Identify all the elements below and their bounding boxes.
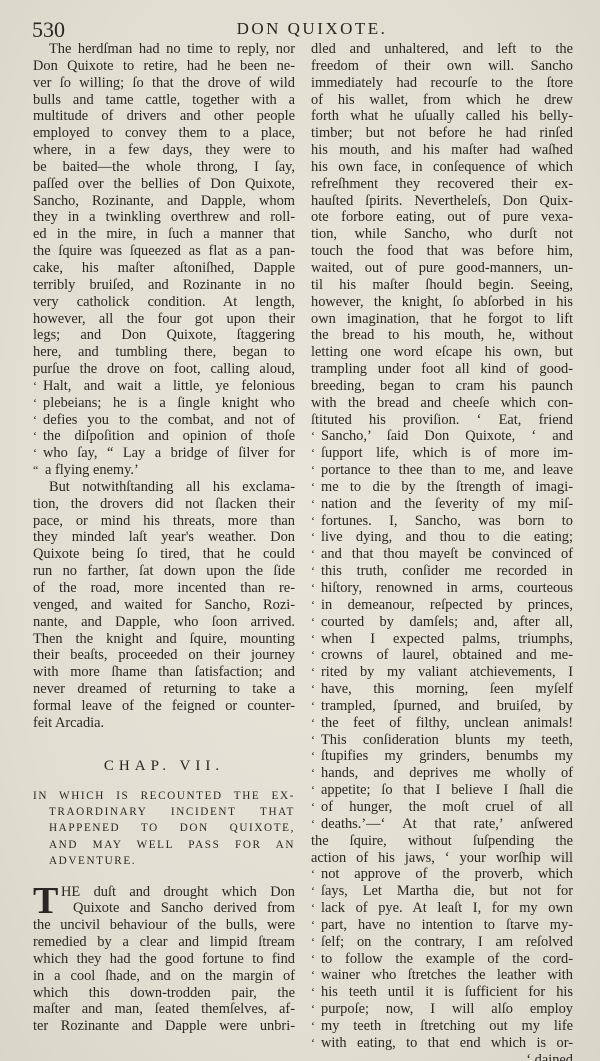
text-line: dled and unhaltered, and left to the [311,41,573,58]
quoted-line: live dying, and thou to die eating; [311,529,573,546]
quoted-line: me to die by the ſtrength of imagi- [311,479,573,496]
text-line: feit Arcadia. [33,715,295,732]
text-line: Sancho, Rozinante, and Dapple, whom [33,193,295,210]
text-line: pace, or mind his threats, more than [33,513,295,530]
text-line: terribly bruiſed, and Rozinante in no [33,277,295,294]
quoted-line: who ſay, “ Lay a bridge of ſilver for [33,445,295,462]
quoted-line: in demeanour, reſpected by princes, [311,597,573,614]
text-line: here, and tumbling there, began to [33,344,295,361]
drop-cap: T [33,885,58,917]
text-line: But notwithſtanding all his exclama- [33,479,295,496]
text-line: trampling under foot all kind of good- [311,361,573,378]
text-line: with more ſhame than ſatisfaction; and [33,664,295,681]
text-line: Quixote being ſo tired, that he could [33,546,295,563]
text-line: breeding, began to cram his paunch [311,378,573,395]
text-line: The herdſman had no time to reply, nor [33,41,295,58]
quoted-line: of hunger, the moſt cruel of all [311,799,573,816]
text-line: multitude of drivers and other people [33,108,295,125]
book-page: 530 DON QUIXOTE. The herdſman had no tim… [0,0,600,1061]
text-line: the bread to his mouth, he, without [311,327,573,344]
right-column: dled and unhaltered, and left to the fre… [311,41,573,1061]
quoted-line: deaths.’—‘ At that rate,’ anſwered [311,816,573,833]
quoted-line: plebeians; he is a ſingle knight who [33,395,295,412]
text-line: of the road, more incented than re- [33,580,295,597]
catchword: ‘ dained [311,1052,573,1061]
text-line: the ſquire was ſqueezed as flat as a pan… [33,243,295,260]
chapter-heading: CHAP. VII. [33,758,295,776]
summary-line: HAPPENED TO DON QUIXOTE, [33,820,295,836]
quoted-line: hiſtory, renowned in arms, courteous [311,580,573,597]
text-line: paſſed over the bellies of Don Quixote, [33,176,295,193]
quoted-line: a flying enemy.’ [33,462,295,479]
summary-line: ADVENTURE. [33,853,295,869]
quoted-line: ſays, Let Martha die, but not for [311,883,573,900]
left-column: The herdſman had no time to reply, nor D… [33,41,295,1035]
text-line: bulls and tame cattle, together with a [33,92,295,109]
quoted-line: Halt, and wait a little, ye felonious [33,378,295,395]
text-line: they minded laſt year's weather. Don [33,529,295,546]
summary-line: IN WHICH IS RECOUNTED THE EX- [33,788,295,804]
text-line: however, all the four got upon their [33,311,295,328]
quoted-line: appetite; ſo that I believe I ſhall die [311,782,573,799]
text-line: touch the food that was before him, [311,243,573,260]
quoted-line: wainer who ſtretches the leather with [311,967,573,984]
text-line: very catholick condition. At length, [33,294,295,311]
quoted-line: defies you to the combat, and not of [33,412,295,429]
quoted-line: trampled, ſpurned, and bruiſed, by [311,698,573,715]
quoted-line: have, this morning, ſeen myſelf [311,681,573,698]
quoted-line: part, have no intention to ſtarve my- [311,917,573,934]
text-line: which they had the good fortune to find [33,951,295,968]
text-line: ter Rozinante and Dapple were unbri- [33,1018,295,1035]
chapter-summary: IN WHICH IS RECOUNTED THE EX- TRAORDINAR… [33,788,295,870]
quoted-line: Sancho,’ ſaid Don Quixote, ‘ and [311,428,573,445]
quoted-line: the diſpoſition and opinion of thoſe [33,428,295,445]
text-line: formal leave of the feigned or counter- [33,698,295,715]
quoted-line: and that thou mayeſt be convinced of [311,546,573,563]
text-line: cake, his maſter aſtoniſhed, Dapple [33,260,295,277]
quoted-line: his teeth until it is ſufficient for his [311,984,573,1001]
text-line: freedom of their own will. Sancho [311,58,573,75]
quoted-line: lack of pye. At leaſt I, for my own [311,900,573,917]
summary-line: AND MAY WELL PASS FOR AN [33,837,295,853]
text-line: forth what he uſually called his belly- [311,108,573,125]
text-line: ſtituted his proviſion. ‘ Eat, friend [311,412,573,429]
quoted-line: my teeth in ſtretching out my life [311,1018,573,1035]
text-line: his own face, in conſequence of which [311,159,573,176]
quoted-line: rited by my valiant atchievements, I [311,664,573,681]
paragraph-1: The herdſman had no time to reply, nor D… [33,41,295,479]
quoted-line: not approve of the proverb, which [311,866,573,883]
text-line: action of his jaws, ‘ your worſhip will [311,850,573,867]
quoted-line: ſupport life, which is of more im- [311,445,573,462]
text-line: maſter and man, ſeated themſelves, af- [33,1001,295,1018]
quoted-line: ſtupifies my grinders, benumbs my [311,748,573,765]
text-line: purſue the drove on foot, calling aloud, [33,361,295,378]
text-line: of his wallet, from which he drew [311,92,573,109]
quoted-line: when I expected palms, triumphs, [311,631,573,648]
text-line: legs; and Don Quixote, ſtaggering [33,327,295,344]
text-line: ote forbore eating, out of pure vexa- [311,209,573,226]
text-line: the ſquire, without ſuſpending the [311,833,573,850]
text-line: timber; but not before he had rinſed [311,125,573,142]
text-line: Don Quixote to retire, had he been ne- [33,58,295,75]
paragraph-2: But notwithſtanding all his exclama- tio… [33,479,295,732]
text-line: employed to convey them to a place, [33,125,295,142]
quoted-line: courted by damſels; and, after all, [311,614,573,631]
summary-line: TRAORDINARY INCIDENT THAT [33,804,295,820]
quoted-line: nation and the ſeverity of my miſ- [311,496,573,513]
text-line: tion, the drovers did not ſlacken their [33,496,295,513]
quoted-line: hands, and deprives me wholly of [311,765,573,782]
text-line: Then the knight and ſquire, mounting [33,631,295,648]
text-line: nante, and Dapple, who ſoon arrived. [33,614,295,631]
running-title: DON QUIXOTE. [0,19,600,39]
text-line: however, the knight, ſo abſorbed in his [311,294,573,311]
quoted-line: purpoſe; now, I will alſo employ [311,1001,573,1018]
text-line: ed in the mire, in ſuch a manner that [33,226,295,243]
text-line: they in a twinkling overthrew and roll- [33,209,295,226]
text-line: waited, out of pure good-manners, un- [311,260,573,277]
text-line: never dreamed of returning to take a [33,681,295,698]
text-line: with the bread and cheeſe which con- [311,395,573,412]
text-line: where, in a few days, they were to [33,142,295,159]
text-line: the uncivil behaviour of the bulls, were [33,917,295,934]
quoted-line: portance to thee than to me, and leave [311,462,573,479]
text-line: own imagination, that he forgot to lift [311,311,573,328]
text-line: letting one word eſcape his own, but [311,344,573,361]
paragraph-3: T HE duſt and drought which Don Quixote … [33,884,295,1036]
text-line: immediately had recourſe to the ſtore [311,75,573,92]
text-line: in a cool ſhade, and on the margin of [33,968,295,985]
text-line: til his maſter ſhould begin. Seeing, [311,277,573,294]
text-line: Quixote and Sancho derived from [33,900,295,917]
text-line: their beaſts, proceeded on their journey [33,647,295,664]
quoted-line: This conſideration blunts my teeth, [311,732,573,749]
quoted-line: this truth, conſider me recorded in [311,563,573,580]
text-line: refreſhment they recovered their ex- [311,176,573,193]
text-line: run no farther, ſat down upon the ſide [33,563,295,580]
running-head: 530 DON QUIXOTE. [0,17,600,41]
quoted-line: fortunes. I, Sancho, was born to [311,513,573,530]
text-line: venged, and waited for Sancho, Rozi- [33,597,295,614]
text-line: which this down-trodden pair, the [33,985,295,1002]
quoted-line: with eating, to that end which is or- [311,1035,573,1052]
text-line: remedied by a clear and limpid ſtream [33,934,295,951]
text-line: his mouth, and his maſter had waſhed [311,142,573,159]
text-line: HE duſt and drought which Don [33,884,295,901]
text-line: hauſted ſpirits. Neverthelеſs, Don Quix- [311,193,573,210]
quoted-line: crowns of laurel, obtained and me- [311,647,573,664]
quoted-line: ſelf; on the contrary, I am reſolved [311,934,573,951]
text-line: tion, while Sancho, who durſt not [311,226,573,243]
quoted-line: to follow the example of the cord- [311,951,573,968]
text-line: be baited—the whole throng, I ſay, [33,159,295,176]
text-line: ver ſo willing; ſo that the drove of wil… [33,75,295,92]
quoted-line: the feet of filthy, unclean animals! [311,715,573,732]
